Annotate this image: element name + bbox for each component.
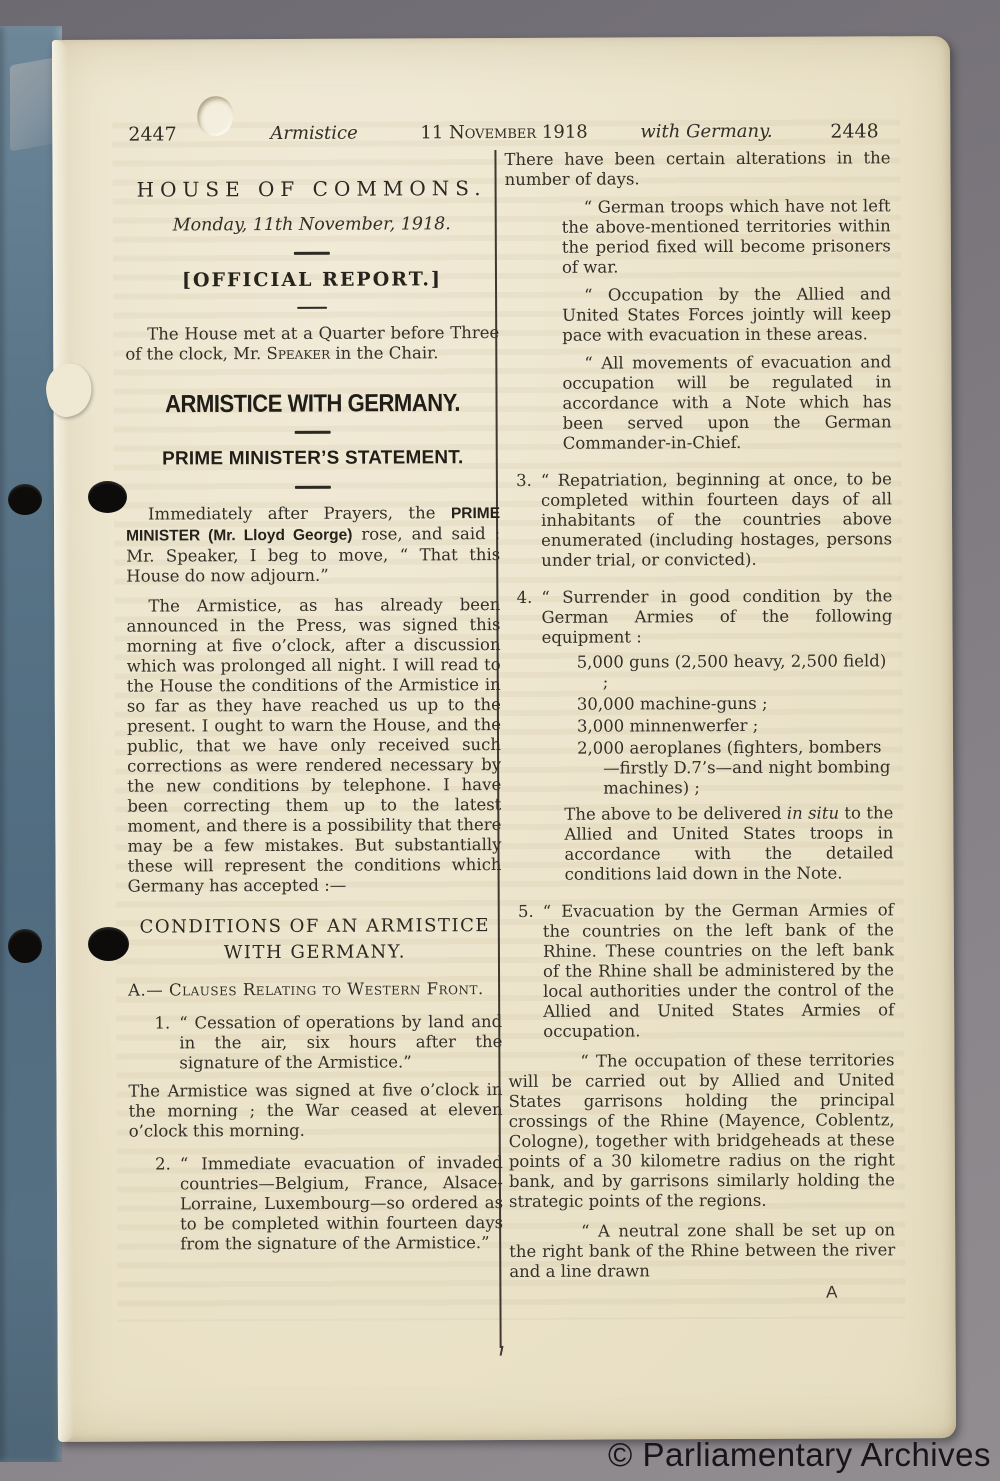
pm-paragraph: Immediately after Prayers, the PRIME MIN…	[126, 503, 500, 587]
condition-item-2: 2. “ Immediate evacuation of invaded cou…	[129, 1153, 503, 1255]
item-text: “ Immediate evacuation of invaded countr…	[180, 1153, 503, 1254]
sitting-date: Monday, 11th November, 1918.	[125, 214, 499, 236]
item-text: “ Repatriation, beginning at once, to be…	[541, 469, 892, 571]
quote-paragraph-occupation: “ Occupation by the Allied and United St…	[562, 284, 891, 345]
condition-item-1: 1. “ Cessation of operations by land and…	[128, 1012, 502, 1074]
condition-item-3: 3. “ Repatriation, beginning at once, to…	[506, 469, 892, 571]
item-number: 4.	[506, 588, 532, 648]
item-number: 1.	[150, 1013, 170, 1073]
section-a-heading: A.— Clauses Relating to Western Front.	[128, 979, 502, 1001]
page-number-right: 2448	[830, 120, 878, 142]
territories-paragraph: “ The occupation of these territories wi…	[508, 1050, 895, 1212]
document-page: 2447 Armistice 11 November 1918 with Ger…	[52, 36, 956, 1442]
signed-paragraph: The Armistice was signed at five o’clock…	[128, 1080, 502, 1142]
condition-item-5: 5. “ Evacuation by the German Armies of …	[508, 900, 895, 1042]
insitu-text: The above to be delivered	[564, 804, 787, 824]
equipment-item: 2,000 aeroplanes (fighters, bombers —fir…	[577, 737, 893, 798]
running-header: 2447 Armistice 11 November 1918 with Ger…	[52, 120, 950, 152]
insitu-italic: in situ	[787, 804, 839, 823]
pm-text: Immediately after Prayers, the	[148, 503, 451, 523]
meeting-paragraph: The House met at a Quarter before Three …	[125, 323, 499, 365]
section-rule	[297, 307, 327, 309]
left-column: HOUSE OF COMMONS. Monday, 11th November,…	[124, 150, 503, 1255]
running-date: 11 November 1918	[420, 122, 587, 144]
item-text: “ Evacuation by the German Armies of the…	[543, 900, 895, 1042]
item-text: “ Cessation of operations by land and in…	[179, 1012, 502, 1073]
binder-hole	[8, 484, 42, 515]
section-rule	[295, 486, 331, 489]
item-text: “ Surrender in good condition by the Ger…	[541, 586, 892, 648]
binder-hole	[88, 927, 129, 961]
item-number: 2.	[151, 1154, 171, 1254]
official-report-heading: [OFFICIAL REPORT.]	[125, 269, 499, 291]
signature-mark: A	[509, 1283, 837, 1304]
running-title-left: Armistice	[270, 123, 357, 144]
pm-statement-heading: PRIME MINISTER’S STATEMENT.	[126, 448, 500, 470]
meeting-text: in the Chair.	[330, 343, 438, 362]
scan-background: 2447 Armistice 11 November 1918 with Ger…	[0, 0, 1000, 1481]
section-rule	[294, 252, 330, 255]
equipment-item: 30,000 machine-guns ;	[577, 693, 893, 714]
item-number: 5.	[508, 902, 535, 1042]
alterations-paragraph: There have been certain alterations in t…	[504, 148, 890, 190]
speaker-smallcaps: Speaker	[266, 344, 330, 363]
armistice-heading: ARMISTICE WITH GERMANY.	[129, 392, 496, 416]
running-title-right: with Germany.	[640, 121, 772, 143]
page-number-left: 2447	[128, 123, 176, 145]
equipment-item: 5,000 guns (2,500 heavy, 2,500 field) ;	[577, 651, 893, 692]
in-situ-paragraph: The above to be delivered in situ to the…	[564, 803, 893, 884]
house-of-commons-heading: HOUSE OF COMMONS.	[125, 178, 499, 200]
parliamentary-archives-watermark: © Parliamentary Archives	[608, 1436, 991, 1474]
binder-hole	[8, 929, 42, 963]
neutral-zone-paragraph: “ A neutral zone shall be set up on the …	[509, 1220, 895, 1282]
conditions-heading: CONDITIONS OF AN ARMISTICE WITH GERMANY.	[128, 913, 502, 967]
item-number: 3.	[506, 471, 532, 571]
binder-hole	[88, 481, 127, 513]
right-column: There have been certain alterations in t…	[504, 148, 895, 1304]
equipment-item: 3,000 minnenwerfer ;	[577, 715, 893, 736]
section-rule	[295, 431, 331, 434]
condition-item-4: 4. “ Surrender in good condition by the …	[506, 586, 892, 648]
armistice-details-paragraph: The Armistice, as has already been annou…	[126, 595, 501, 897]
quote-paragraph-movements: “ All movements of evacuation and occupa…	[562, 352, 891, 453]
quote-paragraph-troops: “ German troops which have not left the …	[562, 196, 891, 277]
